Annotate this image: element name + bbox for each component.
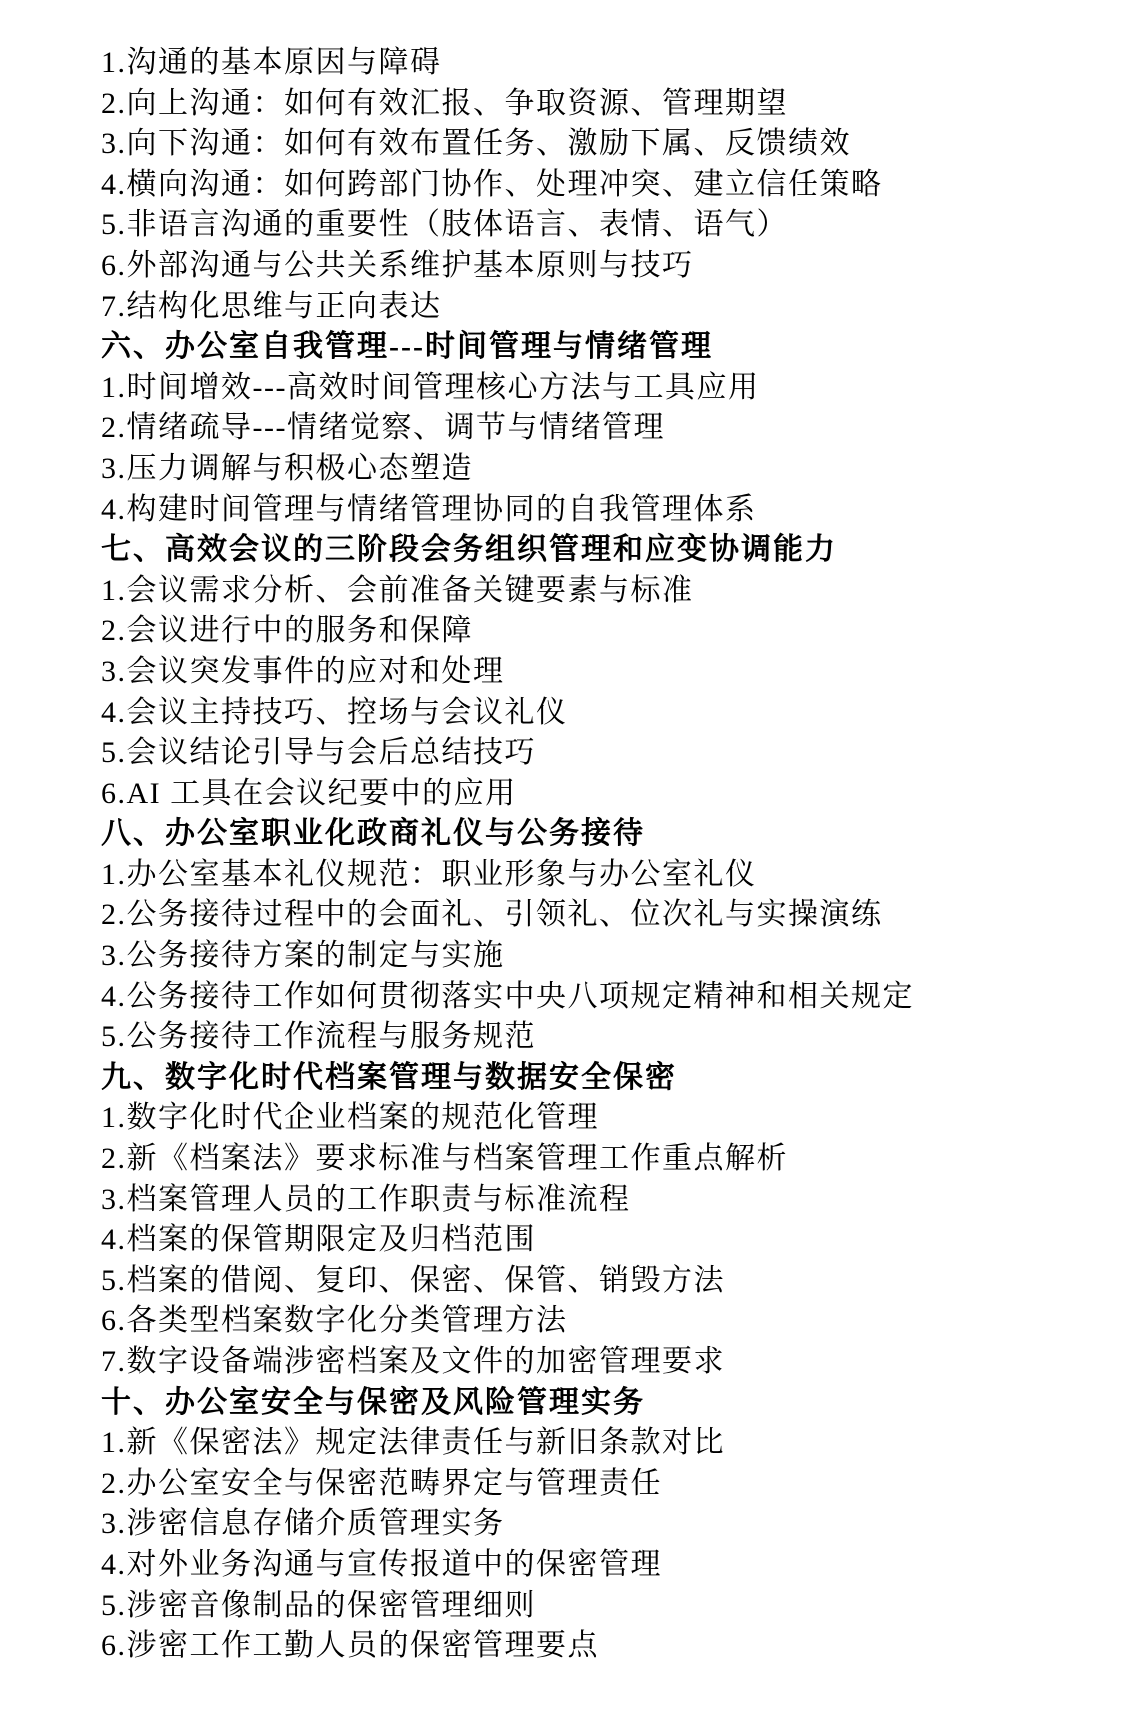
outline-heading: 八、办公室职业化政商礼仪与公务接待 bbox=[101, 814, 1101, 855]
outline-heading: 九、数字化时代档案管理与数据安全保密 bbox=[101, 1058, 1101, 1099]
outline-item: 2.公务接待过程中的会面礼、引领礼、位次礼与实操演练 bbox=[101, 895, 1101, 936]
outline-item: 1.沟通的基本原因与障碍 bbox=[101, 43, 1101, 84]
outline-item: 1.办公室基本礼仪规范：职业形象与办公室礼仪 bbox=[101, 855, 1101, 896]
outline-item: 2.新《档案法》要求标准与档案管理工作重点解析 bbox=[101, 1139, 1101, 1180]
outline-item: 3.公务接待方案的制定与实施 bbox=[101, 936, 1101, 977]
outline-item: 3.压力调解与积极心态塑造 bbox=[101, 449, 1101, 490]
outline-item: 4.对外业务沟通与宣传报道中的保密管理 bbox=[101, 1545, 1101, 1586]
outline-item: 1.数字化时代企业档案的规范化管理 bbox=[101, 1098, 1101, 1139]
outline-item: 4.构建时间管理与情绪管理协同的自我管理体系 bbox=[101, 490, 1101, 531]
outline-heading: 六、办公室自我管理---时间管理与情绪管理 bbox=[101, 327, 1101, 368]
outline-item: 2.向上沟通：如何有效汇报、争取资源、管理期望 bbox=[101, 84, 1101, 125]
outline-item: 3.档案管理人员的工作职责与标准流程 bbox=[101, 1180, 1101, 1221]
outline-item: 3.会议突发事件的应对和处理 bbox=[101, 652, 1101, 693]
outline-item: 7.结构化思维与正向表达 bbox=[101, 287, 1101, 328]
outline-list: 1.沟通的基本原因与障碍2.向上沟通：如何有效汇报、争取资源、管理期望3.向下沟… bbox=[101, 43, 1101, 1667]
outline-item: 4.会议主持技巧、控场与会议礼仪 bbox=[101, 693, 1101, 734]
outline-heading: 七、高效会议的三阶段会务组织管理和应变协调能力 bbox=[101, 530, 1101, 571]
outline-item: 6.AI 工具在会议纪要中的应用 bbox=[101, 774, 1101, 815]
outline-item: 1.会议需求分析、会前准备关键要素与标准 bbox=[101, 571, 1101, 612]
outline-heading: 十、办公室安全与保密及风险管理实务 bbox=[101, 1383, 1101, 1424]
outline-item: 6.涉密工作工勤人员的保密管理要点 bbox=[101, 1626, 1101, 1667]
outline-item: 2.情绪疏导---情绪觉察、调节与情绪管理 bbox=[101, 408, 1101, 449]
outline-item: 5.公务接待工作流程与服务规范 bbox=[101, 1017, 1101, 1058]
outline-item: 5.涉密音像制品的保密管理细则 bbox=[101, 1586, 1101, 1627]
outline-item: 4.公务接待工作如何贯彻落实中央八项规定精神和相关规定 bbox=[101, 977, 1101, 1018]
outline-item: 2.会议进行中的服务和保障 bbox=[101, 611, 1101, 652]
outline-item: 6.外部沟通与公共关系维护基本原则与技巧 bbox=[101, 246, 1101, 287]
outline-item: 4.横向沟通：如何跨部门协作、处理冲突、建立信任策略 bbox=[101, 165, 1101, 206]
outline-item: 6.各类型档案数字化分类管理方法 bbox=[101, 1301, 1101, 1342]
outline-item: 5.会议结论引导与会后总结技巧 bbox=[101, 733, 1101, 774]
outline-item: 1.时间增效---高效时间管理核心方法与工具应用 bbox=[101, 368, 1101, 409]
outline-item: 5.非语言沟通的重要性（肢体语言、表情、语气） bbox=[101, 205, 1101, 246]
outline-item: 5.档案的借阅、复印、保密、保管、销毁方法 bbox=[101, 1261, 1101, 1302]
outline-item: 3.涉密信息存储介质管理实务 bbox=[101, 1504, 1101, 1545]
outline-item: 3.向下沟通：如何有效布置任务、激励下属、反馈绩效 bbox=[101, 124, 1101, 165]
outline-item: 2.办公室安全与保密范畴界定与管理责任 bbox=[101, 1464, 1101, 1505]
outline-item: 1.新《保密法》规定法律责任与新旧条款对比 bbox=[101, 1423, 1101, 1464]
outline-item: 4.档案的保管期限定及归档范围 bbox=[101, 1220, 1101, 1261]
document-page: 1.沟通的基本原因与障碍2.向上沟通：如何有效汇报、争取资源、管理期望3.向下沟… bbox=[0, 0, 1121, 1719]
outline-item: 7.数字设备端涉密档案及文件的加密管理要求 bbox=[101, 1342, 1101, 1383]
